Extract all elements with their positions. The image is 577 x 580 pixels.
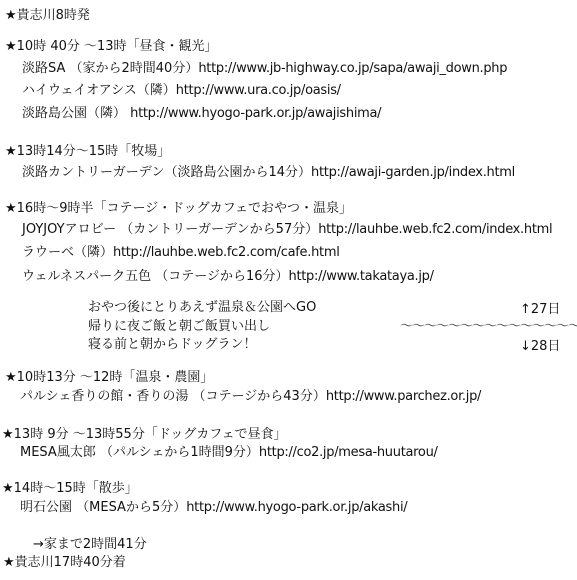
list-item-parchez: パルシェ香りの館・香りの湯 （コテージから43分）http://www.parc… [20,389,481,405]
departure-line: ★貴志川8時発 [5,8,90,24]
item-label: 明石公園 （MESAから5分） [20,500,186,515]
day-marker-28: ↓28日 [520,339,560,355]
item-url: http://lauhbe.web.fc2.com/index.html [318,222,552,237]
list-item-awaji-sa: 淡路SA （家から2時間40分）http://www.jb-highway.co… [22,61,507,77]
item-label: ハイウェイオアシス（隣） [22,83,176,98]
list-item-highway-oasis: ハイウェイオアシス（隣）http://www.ura.co.jp/oasis/ [22,83,341,99]
item-url: http://www.hyogo-park.or.jp/awajishima/ [130,106,381,121]
section-heading-walk: ★14時～15時「散歩」 [2,481,138,497]
item-url: http://www.takataya.jp/ [289,269,434,284]
item-label: JOYJOYアロビー （カントリーガーデンから57分） [22,222,318,237]
item-label: 淡路SA （家から2時間40分） [22,61,198,76]
item-url: http://lauhbe.web.fc2.com/cafe.html [113,245,339,260]
section-heading-cottage: ★16時～9時半「コテージ・ドッグカフェでおやつ・温泉」 [5,201,352,217]
arrival-line: ★貴志川17時40分着 [3,555,126,571]
section-heading-onsen-farm: ★10時13分 ～12時「温泉・農園」 [5,370,213,386]
item-label: パルシェ香りの館・香りの湯 （コテージから43分） [20,389,326,404]
item-url: http://awaji-garden.jp/index.html [311,165,515,180]
item-url: http://co2.jp/mesa-huutarou/ [259,445,438,460]
item-url: http://www.jb-highway.co.jp/sapa/awaji_d… [198,61,507,76]
item-label: 淡路カントリーガーデン（淡路島公園から14分） [22,165,311,180]
list-item-wellness-park: ウェルネスパーク五色 （コテージから16分）http://www.takatay… [22,269,434,285]
item-url: http://www.hyogo-park.or.jp/akashi/ [186,500,407,515]
item-label: MESA風太郎 （パルシェから1時間9分） [20,445,259,460]
item-url: http://www.parchez.or.jp/ [326,389,481,404]
list-item-awajishima-park: 淡路島公園（隣） http://www.hyogo-park.or.jp/awa… [22,106,381,122]
item-label: ラウーベ（隣） [22,245,113,260]
item-label: ウェルネスパーク五色 （コテージから16分） [22,269,289,284]
list-item-raube: ラウーベ（隣）http://lauhbe.web.fc2.com/cafe.ht… [22,245,340,261]
section-heading-lunch-sightseeing: ★10時 40分 ～13時「昼食・観光」 [5,39,218,55]
note-line: おやつ後にとりあえず温泉＆公園へGO [88,300,316,316]
return-note: →家まで2時間41分 [33,537,147,553]
day-marker-27: ↑27日 [520,302,560,318]
list-item-mesa: MESA風太郎 （パルシェから1時間9分）http://co2.jp/mesa-… [20,445,438,461]
item-url: http://www.ura.co.jp/oasis/ [176,83,341,98]
note-line: 帰りに夜ご飯と朝ご飯買い出し [88,319,270,335]
note-line: 寝る前と朝からドッグラン！ [88,337,256,353]
list-item-country-garden: 淡路カントリーガーデン（淡路島公園から14分）http://awaji-gard… [22,165,515,181]
item-label: 淡路島公園（隣） [22,106,130,121]
section-heading-dog-cafe-lunch: ★13時 9分 ～13時55分「ドッグカフェで昼食」 [2,427,287,443]
list-item-akashi-park: 明石公園 （MESAから5分）http://www.hyogo-park.or.… [20,500,407,516]
day-divider: ～～～～～～～～～～～～～～～～ [400,319,577,335]
list-item-joyjoy: JOYJOYアロビー （カントリーガーデンから57分）http://lauhbe… [22,222,552,238]
section-heading-farm: ★13時14分～15時「牧場」 [5,144,170,160]
